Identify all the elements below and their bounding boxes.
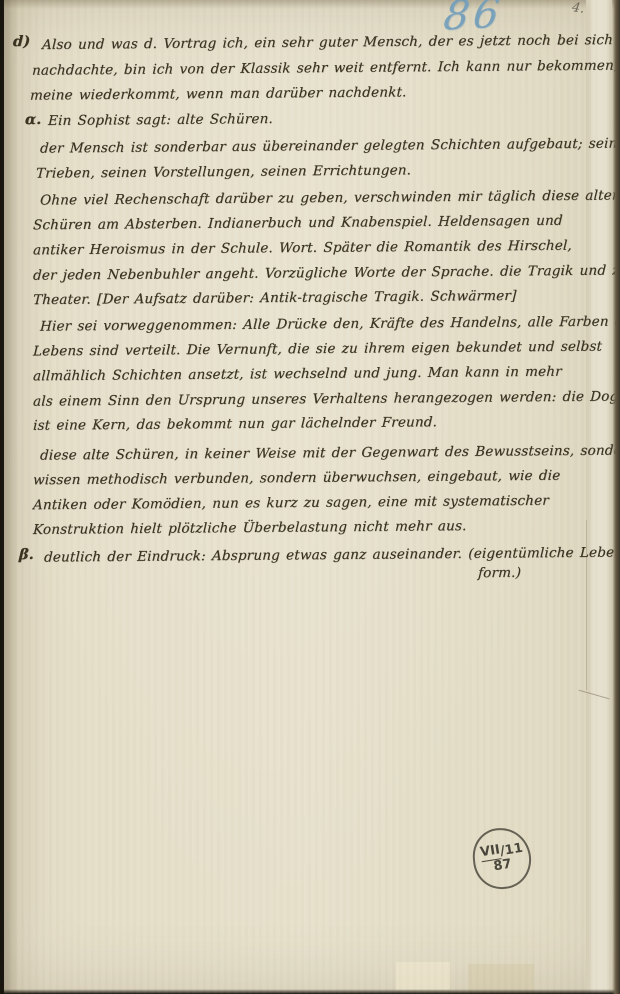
manuscript-line: der Mensch ist sonderbar aus übereinande… bbox=[40, 135, 620, 156]
manuscript-line: Hier sei vorweggenommen: Alle Drücke den… bbox=[40, 313, 620, 334]
manuscript-line: Konstruktion hielt plötzliche Überbelast… bbox=[33, 518, 467, 538]
section-marker: β. bbox=[19, 546, 35, 563]
manuscript-line: Also und was d. Vortrag ich, ein sehr gu… bbox=[42, 31, 620, 53]
manuscript-line: Ein Sophist sagt: alte Schüren. bbox=[48, 111, 274, 129]
manuscript-line: Ohne viel Rechenschaft darüber zu geben,… bbox=[40, 187, 620, 208]
manuscript-line: form.) bbox=[478, 565, 522, 581]
manuscript-line: diese alte Schüren, in keiner Weise mit … bbox=[40, 442, 620, 463]
manuscript-line: antiker Heroismus in der Schule. Wort. S… bbox=[33, 238, 573, 259]
scan-edge-right bbox=[612, 0, 620, 994]
manuscript-line: der jeden Nebenbuhler angeht. Vorzüglich… bbox=[33, 262, 620, 283]
manuscript-line: Schüren am Absterben. Indianerbuch und K… bbox=[33, 213, 563, 234]
scan-edge-bottom bbox=[0, 989, 620, 994]
manuscript-line: Antiken oder Komödien, nun es kurz zu sa… bbox=[33, 493, 550, 514]
manuscript-line: allmählich Schichten ansetzt, ist wechse… bbox=[33, 364, 563, 385]
manuscript-line: Theater. [Der Aufsatz darüber: Antik-tra… bbox=[33, 288, 517, 308]
manuscript-line: als einem Sinn den Ursprung unseres Verh… bbox=[33, 388, 620, 409]
manuscript-scan-page: 86 4. Also und was d. Vortrag ich, ein s… bbox=[0, 0, 620, 994]
manuscript-line: Trieben, seinen Vorstellungen, seinen Er… bbox=[36, 162, 412, 181]
manuscript-line: meine wiederkommt, wenn man darüber nach… bbox=[30, 84, 407, 103]
manuscript-line: nachdachte, bin ich von der Klassik sehr… bbox=[32, 57, 620, 78]
section-marker: d) bbox=[13, 33, 31, 50]
stamp-slash-number: /11 bbox=[499, 841, 524, 859]
stamp-bottom-row: 87 bbox=[493, 858, 513, 876]
manuscript-line: ist eine Kern, das bekommt nun gar läche… bbox=[33, 414, 438, 434]
manuscript-line: wissen methodisch verbunden, sondern übe… bbox=[33, 468, 561, 489]
manuscript-line: deutlich der Eindruck: Absprung etwas ga… bbox=[44, 544, 620, 565]
section-marker: α. bbox=[25, 111, 42, 128]
manuscript-line: Lebens sind verteilt. Die Vernunft, die … bbox=[33, 339, 603, 360]
scan-edge-left bbox=[0, 0, 4, 994]
